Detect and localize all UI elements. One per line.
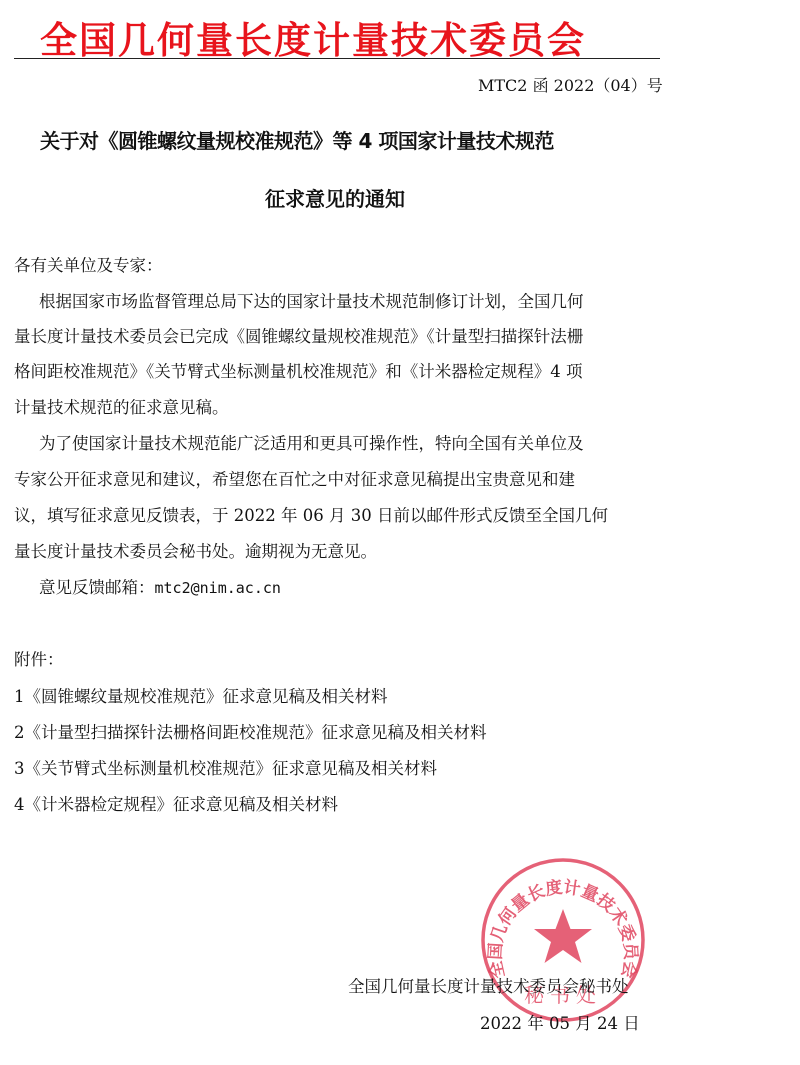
feedback-email-label: 意见反馈邮箱： [39, 578, 155, 597]
paragraph-2-line: 量长度计量技术委员会秘书处。逾期视为无意见。 [14, 538, 377, 562]
attachments-heading: 附件： [14, 646, 64, 670]
paragraph-1-line: 量长度计量技术委员会已完成《圆锥螺纹量规校准规范》《计量型扫描探针法栅 [14, 323, 583, 347]
issuer-signature: 全国几何量长度计量技术委员会秘书处 [348, 973, 629, 997]
feedback-email-row: 意见反馈邮箱：mtc2@nim.ac.cn [39, 574, 281, 598]
attachment-item: 2《计量型扫描探针法栅格间距校准规范》征求意见稿及相关材料 [14, 719, 487, 743]
document-number: MTC2 函 2022（04）号 [478, 73, 663, 96]
paragraph-1-line: 根据国家市场监督管理总局下达的国家计量技术规范制修订计划，全国几何 [39, 288, 584, 312]
letterhead-rule [14, 58, 660, 59]
paragraph-1-line: 格间距校准规范》《关节臂式坐标测量机校准规范》和《计米器检定规程》4 项 [14, 358, 583, 382]
title-line-1: 关于对《圆锥螺纹量规校准规范》等 4 项国家计量技术规范 [40, 125, 554, 154]
paragraph-2-line: 专家公开征求意见和建议，希望您在百忙之中对征求意见稿提出宝贵意见和建 [14, 466, 575, 490]
paragraph-2-line: 为了使国家计量技术规范能广泛适用和更具可操作性，特向全国有关单位及 [39, 430, 584, 454]
title-line-2: 征求意见的通知 [265, 183, 405, 212]
feedback-email[interactable]: mtc2@nim.ac.cn [155, 579, 281, 597]
salutation: 各有关单位及专家： [14, 252, 163, 276]
paragraph-1-line: 计量技术规范的征求意见稿。 [14, 394, 229, 418]
letterhead-org-name: 全国几何量长度计量技术委员会 [40, 10, 586, 64]
attachment-item: 1《圆锥螺纹量规校准规范》征求意见稿及相关材料 [14, 683, 388, 707]
paragraph-2-line: 议，填写征求意见反馈表，于 2022 年 06 月 30 日前以邮件形式反馈至全… [14, 502, 608, 526]
attachment-item: 4《计米器检定规程》征求意见稿及相关材料 [14, 791, 338, 815]
attachment-item: 3《关节臂式坐标测量机校准规范》征求意见稿及相关材料 [14, 755, 437, 779]
official-seal-icon: 全国几何量长度计量技术委员会 秘书处 [480, 857, 646, 1023]
issue-date: 2022 年 05 月 24 日 [480, 1010, 640, 1034]
